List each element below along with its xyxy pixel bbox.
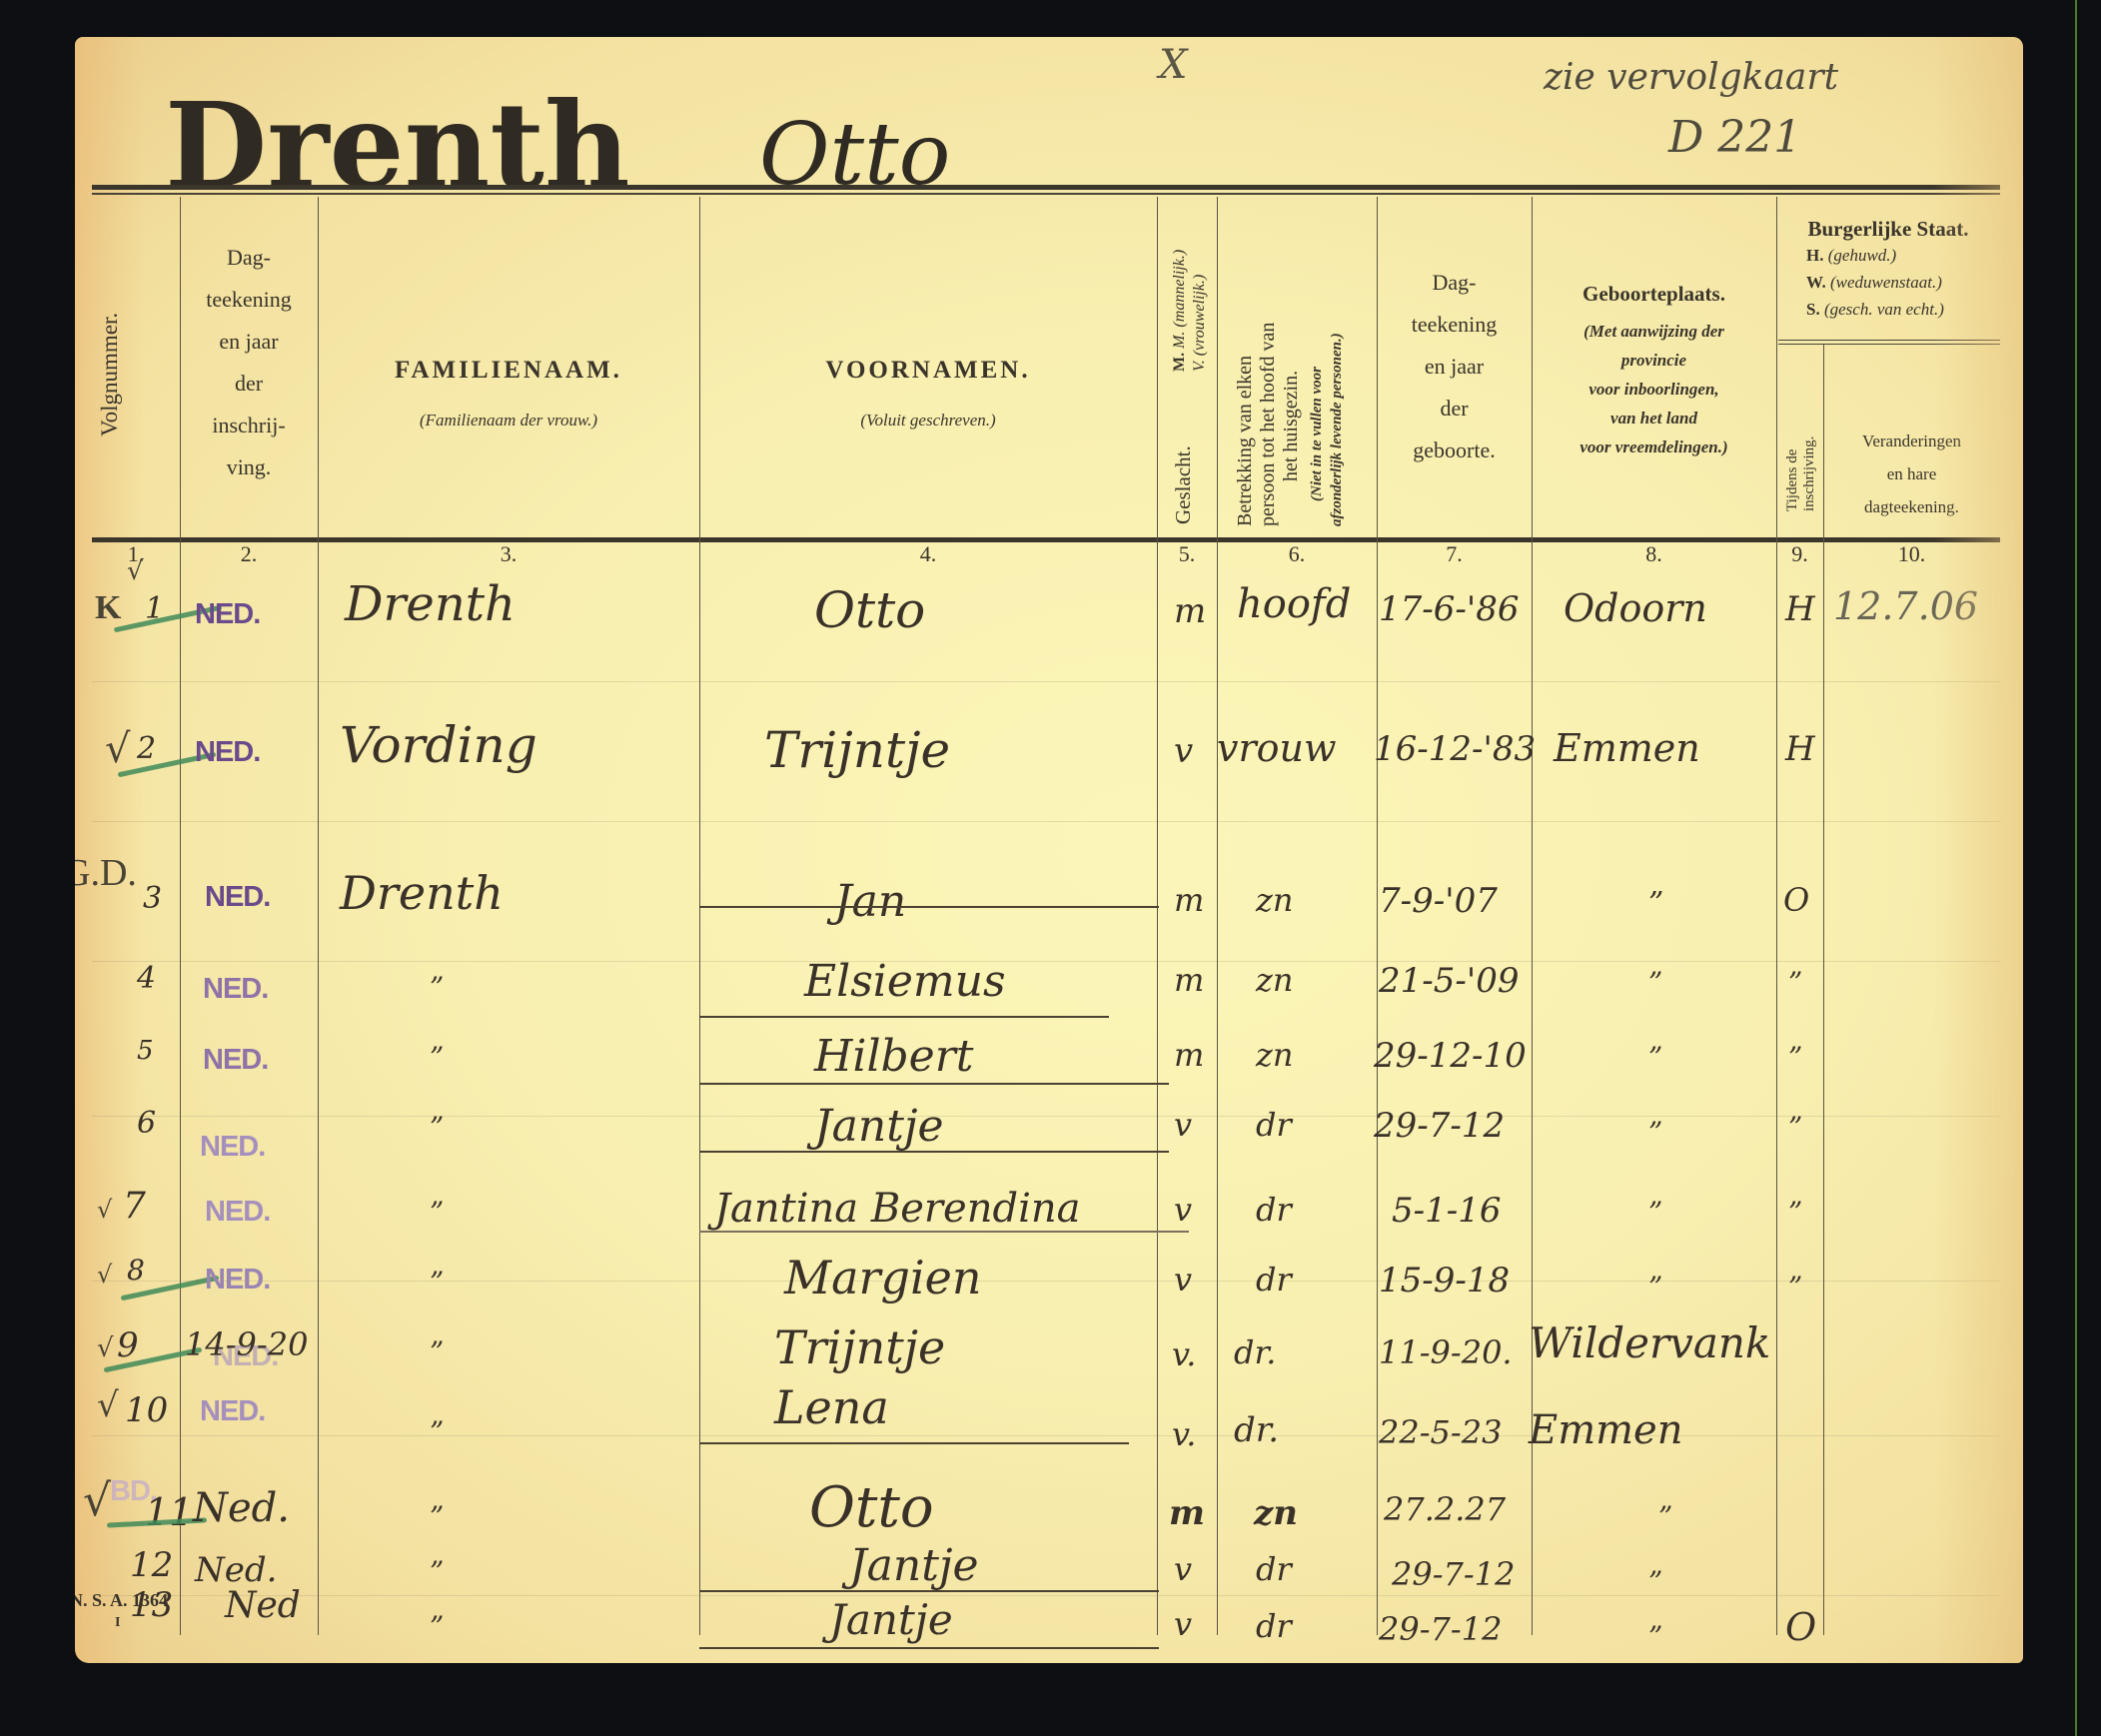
header-geslacht: Geslacht.	[1171, 445, 1196, 524]
nationality-stamp: NED.	[203, 1044, 268, 1077]
nationality-stamp: NED.	[203, 973, 268, 1006]
staat: ”	[1788, 966, 1802, 999]
2: en jaar	[180, 321, 318, 363]
betrekking: dr.	[1234, 1333, 1276, 1371]
1: en hare	[1823, 457, 2000, 490]
header-inschrijving: Dag- teekening en jaar der inschrij- vin…	[180, 237, 318, 488]
2: dagteekening.	[1823, 490, 2000, 523]
legend-m: M. (mannelijk.)	[1171, 250, 1188, 349]
geslacht: v	[1174, 1191, 1192, 1229]
inschrijving: Ned	[225, 1585, 301, 1626]
header-geslacht-v: V. (vrouwelijk.)	[1191, 275, 1209, 372]
betrekking: dr	[1256, 1550, 1292, 1588]
staat: O	[1785, 1605, 1816, 1649]
geboorteplaats: ”	[1648, 1041, 1662, 1074]
col-number-3: 3.	[318, 541, 699, 567]
geboorte: 15-9-18	[1379, 1261, 1510, 1301]
geslacht: v	[1174, 1550, 1192, 1588]
nr: 9	[117, 1325, 139, 1365]
staat-divider	[1778, 344, 2000, 345]
col-number-5: 5.	[1157, 541, 1217, 567]
geboorte: 27.2.27	[1384, 1490, 1506, 1528]
key: H.	[1806, 246, 1823, 265]
0: (Met aanwijzing der	[1532, 317, 1776, 346]
pencil-x-mark: X	[1159, 42, 1187, 88]
voornamen: Jantje	[849, 1540, 979, 1591]
5: ving.	[180, 446, 318, 488]
voornamen: Jantina Berendina	[714, 1186, 1080, 1232]
betrekking: zn	[1256, 881, 1293, 919]
header-top-rule-thin	[92, 193, 2000, 195]
betrekking: hoofd	[1237, 581, 1351, 627]
nr: 10	[125, 1390, 168, 1430]
nr: 6	[137, 1106, 156, 1141]
geboorte: 7-9-'07	[1379, 881, 1498, 921]
geboorte: 29-12-10	[1374, 1036, 1527, 1076]
inschrijving: Ned.	[193, 1485, 290, 1531]
subtitle: (Familienaam der vrouw.)	[318, 411, 699, 431]
geboorte: 29-7-12	[1374, 1106, 1505, 1146]
geboorte: 21-5-'09	[1379, 961, 1519, 1001]
geboorte: 29-7-12	[1379, 1610, 1502, 1648]
familienaam: ”	[430, 1415, 444, 1448]
geboorteplaats: ”	[1648, 1271, 1662, 1303]
staat: H	[1785, 729, 1815, 769]
registration-date: 14-9-20	[185, 1325, 308, 1363]
geslacht: v.	[1172, 1415, 1196, 1453]
voornamen: Jan	[834, 876, 906, 927]
geboorte: 22-5-23	[1379, 1413, 1502, 1451]
title: Burgerlijke Staat.	[1776, 217, 2000, 242]
geboorteplaats: Odoorn	[1564, 586, 1707, 630]
value: (gehuwd.)	[1828, 246, 1896, 265]
key: S.	[1806, 300, 1820, 319]
familienaam: ”	[430, 1500, 444, 1533]
nationality-stamp: NED.	[200, 1395, 265, 1428]
geboorte: 17-6-'86	[1379, 589, 1519, 629]
geslacht: m	[1174, 881, 1204, 919]
header-tijdens-2: inschrijving.	[1801, 436, 1818, 511]
margin: G.D.	[75, 851, 137, 895]
betrekking: dr.	[1234, 1410, 1279, 1450]
title: VOORNAMEN.	[699, 357, 1157, 385]
familienaam: ”	[430, 1041, 444, 1074]
nr: 2	[137, 731, 156, 766]
geslacht: v.	[1172, 1335, 1196, 1373]
staat: ”	[1788, 1041, 1802, 1074]
betrekking: vrouw	[1217, 726, 1337, 770]
form-code-sub: I	[115, 1615, 120, 1631]
geslacht: v	[1174, 1261, 1192, 1299]
scanner-edge-line	[2075, 0, 2077, 1736]
0: Veranderingen	[1823, 425, 2000, 457]
header-betrekking-2: persoon tot het hoofd van	[1257, 323, 1280, 526]
familienaam: ”	[430, 1610, 444, 1643]
nationality-stamp: NED.	[205, 881, 270, 914]
betrekking: dr	[1256, 1261, 1292, 1299]
geslacht: v	[1174, 1106, 1192, 1144]
geboorte: 5-1-16	[1392, 1191, 1502, 1231]
check: √	[83, 1475, 111, 1526]
nr: 5	[137, 1036, 154, 1066]
geboorteplaats: ”	[1648, 886, 1663, 921]
geslacht: m	[1174, 1036, 1204, 1074]
staat: O	[1783, 881, 1809, 919]
nr: 11	[145, 1490, 193, 1534]
header-familienaam: FAMILIENAAM. (Familienaam der vrouw.)	[318, 357, 699, 431]
continuation-card-ref: D 221	[1668, 112, 1801, 163]
3: van het land	[1532, 404, 1776, 433]
geboorteplaats: Emmen	[1554, 726, 1700, 770]
3: der	[180, 363, 318, 405]
nationality-stamp: NED.	[205, 1264, 270, 1297]
voornamen: Trijntje	[774, 1320, 945, 1374]
col-number-4: 4.	[699, 541, 1157, 567]
staat: ”	[1788, 1111, 1802, 1144]
col-number-6: 6.	[1217, 541, 1377, 567]
value: (weduwenstaat.)	[1830, 273, 1942, 292]
geboorteplaats: ”	[1648, 1196, 1662, 1229]
geslacht: m	[1174, 591, 1206, 631]
1: teekening	[180, 279, 318, 321]
check: √	[127, 556, 144, 586]
betrekking: zn	[1256, 961, 1293, 999]
geboorteplaats: ”	[1648, 1565, 1662, 1598]
col-divider	[1776, 197, 1777, 1635]
col-divider	[1823, 345, 1824, 1635]
check: √	[97, 1261, 112, 1289]
continuation-note: zie vervolgkaart	[1544, 57, 1838, 98]
col-divider	[1217, 197, 1218, 1635]
familienaam: ”	[430, 1266, 444, 1299]
title: Geboorteplaats.	[1532, 282, 1776, 307]
familienaam: Drenth	[340, 866, 504, 920]
nr: 4	[137, 961, 156, 996]
registration-card: Drenth Otto X zie vervolgkaart D 221 Vol…	[75, 37, 2023, 1663]
geboorteplaats: Emmen	[1529, 1407, 1683, 1453]
header-volgnummer: Volgnummer.	[97, 313, 123, 436]
geboorte: 11-9-20.	[1379, 1333, 1513, 1371]
staat-divider	[1778, 340, 2000, 341]
nationality-stamp: NED.	[205, 1196, 270, 1229]
geboorteplaats: ”	[1658, 1500, 1672, 1533]
check: √	[97, 1196, 112, 1224]
betrekking: zn	[1256, 1036, 1293, 1074]
check: √	[105, 726, 131, 772]
nationality-stamp: NED.	[200, 1131, 265, 1164]
legend-v: V. (vrouwelijk.)	[1191, 275, 1208, 372]
nr: 7	[123, 1186, 146, 1227]
header-voornamen: VOORNAMEN. (Voluit geschreven.)	[699, 357, 1157, 431]
nr: 12	[130, 1545, 173, 1585]
header-betrekking-3: het huisgezin.	[1280, 371, 1303, 481]
header-betrekking-note-1: (Niet in te vullen voor	[1309, 367, 1326, 501]
nr: 3	[143, 881, 162, 916]
subtitle: (Voluit geschreven.)	[699, 411, 1157, 431]
veranderingen: 12.7.06	[1833, 584, 1978, 628]
geslacht: m	[1169, 1493, 1205, 1533]
betrekking: dr	[1256, 1106, 1292, 1144]
staat: ”	[1788, 1271, 1802, 1303]
geboorteplaats: Wildervank	[1529, 1318, 1770, 1367]
inschrijving: Ned.	[195, 1550, 277, 1590]
voornamen: Otto	[814, 581, 925, 639]
header-geboorteplaats: Geboorteplaats. (Met aanwijzing der prov…	[1532, 282, 1776, 461]
header-geslacht-m: M. M. (mannelijk.)	[1171, 250, 1189, 372]
header-betrekking-1: Betrekking van elken	[1234, 356, 1257, 526]
staat: H	[1785, 589, 1815, 629]
familienaam: ”	[430, 1335, 444, 1368]
nationality-stamp: NED.	[195, 736, 260, 769]
margin: K	[95, 589, 121, 627]
voornamen: Jantje	[829, 1595, 953, 1644]
familienaam: ”	[430, 1555, 444, 1588]
familienaam: ”	[430, 1196, 444, 1229]
check: √	[97, 1333, 114, 1363]
col-number-10: 10.	[1823, 541, 2000, 567]
geslacht: v	[1174, 731, 1193, 771]
key: W.	[1806, 273, 1826, 292]
col-number-8: 8.	[1532, 541, 1776, 567]
3: der	[1377, 388, 1532, 430]
4: geboorte.	[1377, 430, 1532, 471]
1: teekening	[1377, 304, 1532, 346]
voornamen: Otto	[809, 1475, 934, 1540]
familienaam: ”	[430, 1111, 444, 1144]
2: en jaar	[1377, 346, 1532, 388]
header-veranderingen: Veranderingen en hare dagteekening.	[1823, 425, 2000, 523]
0: Dag-	[180, 237, 318, 279]
familienaam: ”	[430, 971, 444, 1004]
voornamen: Margien	[784, 1251, 982, 1304]
header-geboortedatum: Dag- teekening en jaar der geboorte.	[1377, 262, 1532, 471]
col-number-7: 7.	[1377, 541, 1532, 567]
nr: 13	[130, 1585, 173, 1625]
header-betrekking-note-2: afzonderlijk levende personen.)	[1329, 333, 1346, 526]
geboorteplaats: ”	[1648, 1116, 1662, 1149]
familienaam: Drenth	[345, 576, 516, 632]
value: (gesch. van echt.)	[1824, 300, 1944, 319]
header-burgerlijke-staat: Burgerlijke Staat. H. (gehuwd.) W. (wedu…	[1776, 217, 2000, 323]
geboorteplaats: ”	[1648, 1620, 1662, 1653]
col-number-9: 9.	[1776, 541, 1823, 567]
voornamen: Trijntje	[764, 721, 950, 779]
title: FAMILIENAAM.	[318, 357, 699, 385]
betrekking: zn	[1254, 1493, 1298, 1533]
check: √	[97, 1385, 119, 1425]
betrekking: dr	[1256, 1191, 1292, 1229]
voornamen: Elsiemus	[804, 956, 1006, 1007]
0: Dag-	[1377, 262, 1532, 304]
geboorte: 29-7-12	[1392, 1555, 1515, 1593]
voornamen: Hilbert	[814, 1031, 973, 1082]
geslacht: m	[1174, 961, 1204, 999]
1: provincie	[1532, 346, 1776, 375]
nr: 8	[127, 1254, 145, 1287]
geslacht: v	[1174, 1605, 1192, 1643]
header-top-rule	[92, 185, 2000, 190]
familienaam: Vording	[340, 716, 537, 774]
col-number-2: 2.	[180, 541, 318, 567]
4: voor vreemdelingen.)	[1532, 433, 1776, 461]
col-divider	[1157, 197, 1158, 1635]
betrekking: dr	[1256, 1607, 1292, 1645]
voornamen: Lena	[774, 1380, 889, 1434]
geboorte: 16-12-'83	[1374, 729, 1536, 769]
2: voor inboorlingen,	[1532, 375, 1776, 404]
staat: ”	[1788, 1196, 1802, 1229]
header-tijdens-1: Tijdens de	[1784, 449, 1801, 511]
4: inschrij-	[180, 405, 318, 446]
nationality-stamp: NED.	[195, 598, 260, 631]
voornamen: Jantje	[814, 1101, 944, 1152]
geboorteplaats: ”	[1648, 966, 1662, 999]
